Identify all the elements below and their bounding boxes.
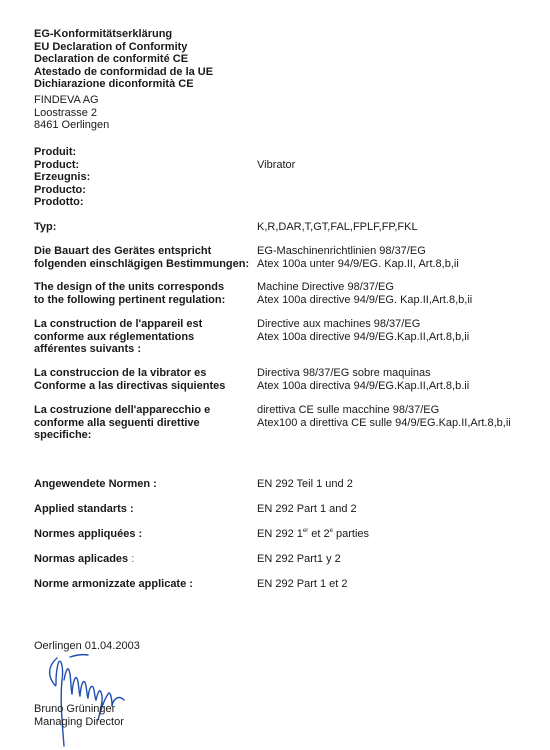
regulation-value-fr: Directive aux machines 98/37/EG Atex 100… bbox=[257, 318, 469, 343]
product-label-en: Product: bbox=[34, 159, 90, 172]
regulation-value-line: Directive aux machines 98/37/EG bbox=[257, 318, 469, 331]
regulation-value-line: Directiva 98/37/EG sobre maquinas bbox=[257, 367, 469, 380]
standards-value-de: EN 292 Teil 1 und 2 bbox=[257, 478, 353, 491]
standards-label-fr: Normes appliquées : bbox=[34, 528, 142, 541]
signature-icon bbox=[40, 650, 150, 750]
company-address: FINDEVA AG Loostrasse 2 8461 Oerlingen bbox=[34, 94, 109, 132]
product-label-fr: Produit: bbox=[34, 146, 90, 159]
regulation-label-line: to the following pertinent regulation: bbox=[34, 294, 225, 307]
standards-label-es: Normas aplicades : bbox=[34, 553, 134, 566]
standards-value-part: EN 292 1 bbox=[257, 528, 303, 540]
regulation-value-line: direttiva CE sulle macchine 98/37/EG bbox=[257, 404, 511, 417]
standards-label-text: Normas aplicades bbox=[34, 553, 128, 565]
regulation-label-line: specifiche: bbox=[34, 429, 210, 442]
regulation-value-line: Machine Directive 98/37/EG bbox=[257, 281, 472, 294]
regulation-label-de: Die Bauart des Gerätes entspricht folgen… bbox=[34, 245, 249, 270]
title-fr: Declaration de conformité CE bbox=[34, 53, 213, 66]
standards-value-it: EN 292 Part 1 et 2 bbox=[257, 578, 348, 591]
regulation-label-line: La construccion de la vibrator es bbox=[34, 367, 225, 380]
regulation-label-line: folgenden einschlägigen Bestimmungen: bbox=[34, 258, 249, 271]
company-city: 8461 Oerlingen bbox=[34, 119, 109, 132]
regulation-label-line: conforme aux réglementations bbox=[34, 331, 202, 344]
regulation-value-line: Atex 100a directive 94/9/EG.Kap.II,Art.8… bbox=[257, 331, 469, 344]
standards-value-es: EN 292 Part1 y 2 bbox=[257, 553, 341, 566]
title-it: Dichiarazione diconformità CE bbox=[34, 78, 213, 91]
regulation-value-es: Directiva 98/37/EG sobre maquinas Atex 1… bbox=[257, 367, 469, 392]
regulation-label-fr: La construction de l'appareil est confor… bbox=[34, 318, 202, 356]
standards-value-en: EN 292 Part 1 and 2 bbox=[257, 503, 357, 516]
regulation-value-de: EG-Maschinenrichtlinien 98/37/EG Atex 10… bbox=[257, 245, 459, 270]
regulation-value-line: EG-Maschinenrichtlinien 98/37/EG bbox=[257, 245, 459, 258]
standards-value-fr: EN 292 1er et 2e parties bbox=[257, 528, 369, 541]
title-de: EG-Konformitätserklärung bbox=[34, 28, 213, 41]
regulation-value-line: Atex 100a unter 94/9/EG. Kap.II, Art.8,b… bbox=[257, 258, 459, 271]
standards-value-part: parties bbox=[333, 528, 369, 540]
regulation-label-line: La costruzione dell'apparecchio e bbox=[34, 404, 210, 417]
company-name: FINDEVA AG bbox=[34, 94, 109, 107]
product-label-es: Producto: bbox=[34, 184, 90, 197]
regulation-label-en: The design of the units corresponds to t… bbox=[34, 281, 225, 306]
company-street: Loostrasse 2 bbox=[34, 107, 109, 120]
regulation-label-line: conforme alla seguenti direttive bbox=[34, 417, 210, 430]
regulation-label-es: La construccion de la vibrator es Confor… bbox=[34, 367, 225, 392]
regulation-label-it: La costruzione dell'apparecchio e confor… bbox=[34, 404, 210, 442]
title-en: EU Declaration of Conformity bbox=[34, 41, 213, 54]
regulation-value-en: Machine Directive 98/37/EG Atex 100a dir… bbox=[257, 281, 472, 306]
regulation-label-line: Conforme a las directivas siquientes bbox=[34, 380, 225, 393]
regulation-label-line: La construction de l'appareil est bbox=[34, 318, 202, 331]
standards-label-colon: : bbox=[128, 553, 134, 565]
regulation-value-it: direttiva CE sulle macchine 98/37/EG Ate… bbox=[257, 404, 511, 429]
standards-label-it: Norme armonizzate applicate : bbox=[34, 578, 193, 591]
regulation-value-line: Atex 100a directive 94/9/EG. Kap.II,Art.… bbox=[257, 294, 472, 307]
signatory-name: Bruno Grüninger bbox=[34, 703, 124, 716]
signatory: Bruno Grüninger Managing Director bbox=[34, 703, 124, 728]
regulation-value-line: Atex100 a direttiva CE sulle 94/9/EG.Kap… bbox=[257, 417, 511, 430]
regulation-label-line: afférentes suivants : bbox=[34, 343, 202, 356]
declaration-titles: EG-Konformitätserklärung EU Declaration … bbox=[34, 28, 213, 91]
standards-label-en: Applied standarts : bbox=[34, 503, 134, 516]
product-value: Vibrator bbox=[257, 159, 295, 172]
type-value: K,R,DAR,T,GT,FAL,FPLF,FP,FKL bbox=[257, 221, 418, 234]
standards-value-part: et 2 bbox=[308, 528, 329, 540]
regulation-value-line: Atex 100a directiva 94/9/EG.Kap.II,Art.8… bbox=[257, 380, 469, 393]
product-labels: Produit: Product: Erzeugnis: Producto: P… bbox=[34, 146, 90, 209]
signatory-role: Managing Director bbox=[34, 716, 124, 729]
title-es: Atestado de conformidad de la UE bbox=[34, 66, 213, 79]
regulation-label-line: The design of the units corresponds bbox=[34, 281, 225, 294]
standards-label-de: Angewendete Normen : bbox=[34, 478, 157, 491]
product-label-de: Erzeugnis: bbox=[34, 171, 90, 184]
type-label: Typ: bbox=[34, 221, 56, 234]
regulation-label-line: Die Bauart des Gerätes entspricht bbox=[34, 245, 249, 258]
product-label-it: Prodotto: bbox=[34, 196, 90, 209]
